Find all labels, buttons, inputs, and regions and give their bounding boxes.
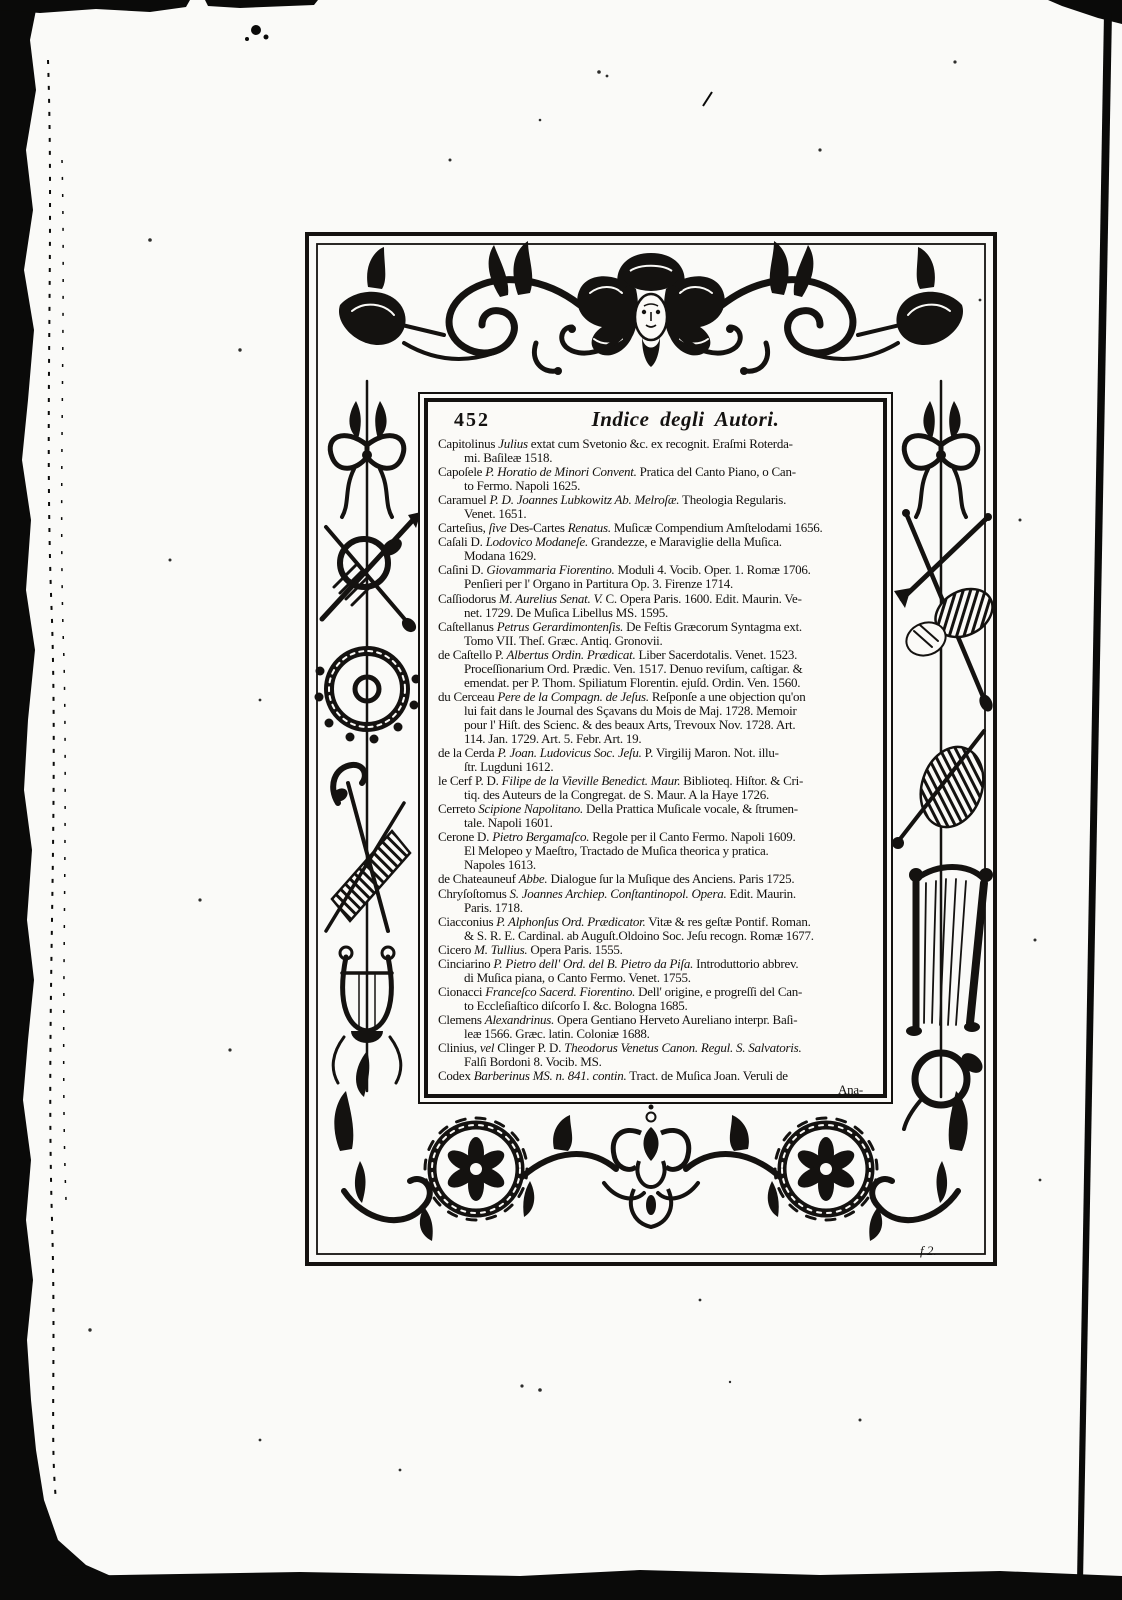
plate-signature: f 2.	[920, 1243, 937, 1258]
index-line: Ciacconius P. Alphonſus Ord. Prædicator.…	[438, 915, 877, 929]
index-line: ſtr. Lugduni 1612.	[438, 760, 877, 774]
page-header: 452 Indice degli Autori.	[438, 406, 877, 437]
left-edge-band	[0, 0, 130, 1600]
index-line: Cerone D. Pietro Bergamaſco. Regole per …	[438, 830, 877, 844]
index-line: du Cerceau Pere de la Compagn. de Jeſus.…	[438, 690, 877, 704]
index-line: lui fait dans le Journal des Sçavans du …	[438, 704, 877, 718]
index-line: Carteſius, ſive Des-Cartes Renatus. Muſi…	[438, 521, 877, 535]
index-line: Capitolinus Julius extat cum Svetonio &c…	[438, 437, 877, 451]
index-line: & S. R. E. Cardinal. ab Auguſt.Oldoino S…	[438, 929, 877, 943]
index-line: Paris. 1718.	[438, 901, 877, 915]
top-left-band	[0, 0, 190, 13]
lute-icon	[892, 731, 993, 849]
text-panel-inner: 452 Indice degli Autori. Capitolinus Jul…	[424, 398, 887, 1098]
index-line: tale. Napoli 1601.	[438, 816, 877, 830]
index-line: le Cerf P. D. Filipe de la Vieville Bene…	[438, 774, 877, 788]
drum-icon	[902, 579, 998, 660]
ornament-right-instrument-trophy	[892, 381, 998, 1129]
index-line: Cionacci Franceſco Sacerd. Fiorentino. D…	[438, 985, 877, 999]
index-line: Falſi Bordoni 8. Vocib. MS.	[438, 1055, 877, 1069]
ornament-bottom-garland: f 2.	[334, 1091, 967, 1258]
index-line: emendat. per P. Thom. Spiliatum Florenti…	[438, 676, 877, 690]
index-line: Clemens Alexandrinus. Opera Gentiano Her…	[438, 1013, 877, 1027]
index-line: Penſieri per l' Organo in Partitura Op. …	[438, 577, 877, 591]
text-panel: 452 Indice degli Autori. Capitolinus Jul…	[418, 392, 893, 1104]
index-line: Cicero M. Tullius. Opera Paris. 1555.	[438, 943, 877, 957]
index-line: net. 1729. De Muſica Libellus MS. 1595.	[438, 606, 877, 620]
bottom-band	[0, 1570, 1122, 1600]
index-line: Caramuel P. D. Joannes Lubkowitz Ab. Mel…	[438, 493, 877, 507]
index-line: di Muſica piana, o Canto Fermo. Venet. 1…	[438, 971, 877, 985]
index-line: to Eccleſiaſtico diſcorſo I. &c. Bologna…	[438, 999, 877, 1013]
index-line: Proceſſionarium Ord. Prædic. Ven. 1517. …	[438, 662, 877, 676]
index-line: de la Cerda P. Joan. Ludovicus Soc. Jeſu…	[438, 746, 877, 760]
index-line: 114. Jan. 1729. Art. 5. Febr. Art. 19.	[438, 732, 877, 746]
flute-icon	[322, 512, 421, 635]
index-line: de Caſtello P. Albertus Ordin. Prædicat.…	[438, 648, 877, 662]
index-line: de Chateauneuf Abbe. Dialogue ſur la Muſ…	[438, 872, 877, 886]
ornament-top-headpiece	[339, 241, 963, 375]
index-line: Chryſoſtomus S. Joannes Archiep. Conſtan…	[438, 887, 877, 901]
catchword: Ana-	[438, 1083, 877, 1097]
index-line: Caſali D. Lodovico Modaneſe. Grandezze, …	[438, 535, 877, 549]
index-line: Codex Barberinus MS. n. 841. contin. Tra…	[438, 1069, 877, 1083]
index-line: Tomo VII. Theſ. Græc. Antiq. Gronovii.	[438, 634, 877, 648]
scanned-book-page: f 2.	[0, 0, 1122, 1600]
index-line: Caſtellanus Petrus Gerardimontenſis. De …	[438, 620, 877, 634]
hunting-horn-icon	[904, 1049, 986, 1129]
engraved-border-frame: f 2.	[304, 231, 998, 1271]
index-line: Caſſiodorus M. Aurelius Senat. V. C. Ope…	[438, 592, 877, 606]
index-line: mi. Baſileæ 1518.	[438, 451, 877, 465]
index-line: leæ 1566. Græc. latin. Coloniæ 1688.	[438, 1027, 877, 1041]
index-line: to Fermo. Napoli 1625.	[438, 479, 877, 493]
index-line: Venet. 1651.	[438, 507, 877, 521]
palmette-icon	[613, 1105, 689, 1228]
index-line: Napoles 1613.	[438, 858, 877, 872]
ornament-left-instrument-trophy	[315, 381, 422, 1097]
index-line: Capoſele P. Horatio de Minori Convent. P…	[438, 465, 877, 479]
index-line: Clinius, vel Clinger P. D. Theodorus Ven…	[438, 1041, 877, 1055]
right-edge-line	[1077, 12, 1112, 1582]
index-line: pour l' Hiſt. des Scienc. & des beaux Ar…	[438, 718, 877, 732]
index-line: Cerreto Scipione Napolitano. Della Pratt…	[438, 802, 877, 816]
index-lines: Capitolinus Julius extat cum Svetonio &c…	[438, 437, 877, 1097]
index-line: Caſini D. Giovammaria Fiorentino. Moduli…	[438, 563, 877, 577]
page-title: Indice degli Autori.	[466, 407, 887, 432]
index-line: tiq. des Auteurs de la Congregat. de S. …	[438, 788, 877, 802]
top-right-band	[1048, 0, 1122, 24]
harp-icon	[906, 867, 993, 1036]
index-line: Cinciarino P. Pietro dell' Ord. del B. P…	[438, 957, 877, 971]
index-line: El Melopeo y Maeſtro, Tractado de Muſica…	[438, 844, 877, 858]
index-line: Modana 1629.	[438, 549, 877, 563]
